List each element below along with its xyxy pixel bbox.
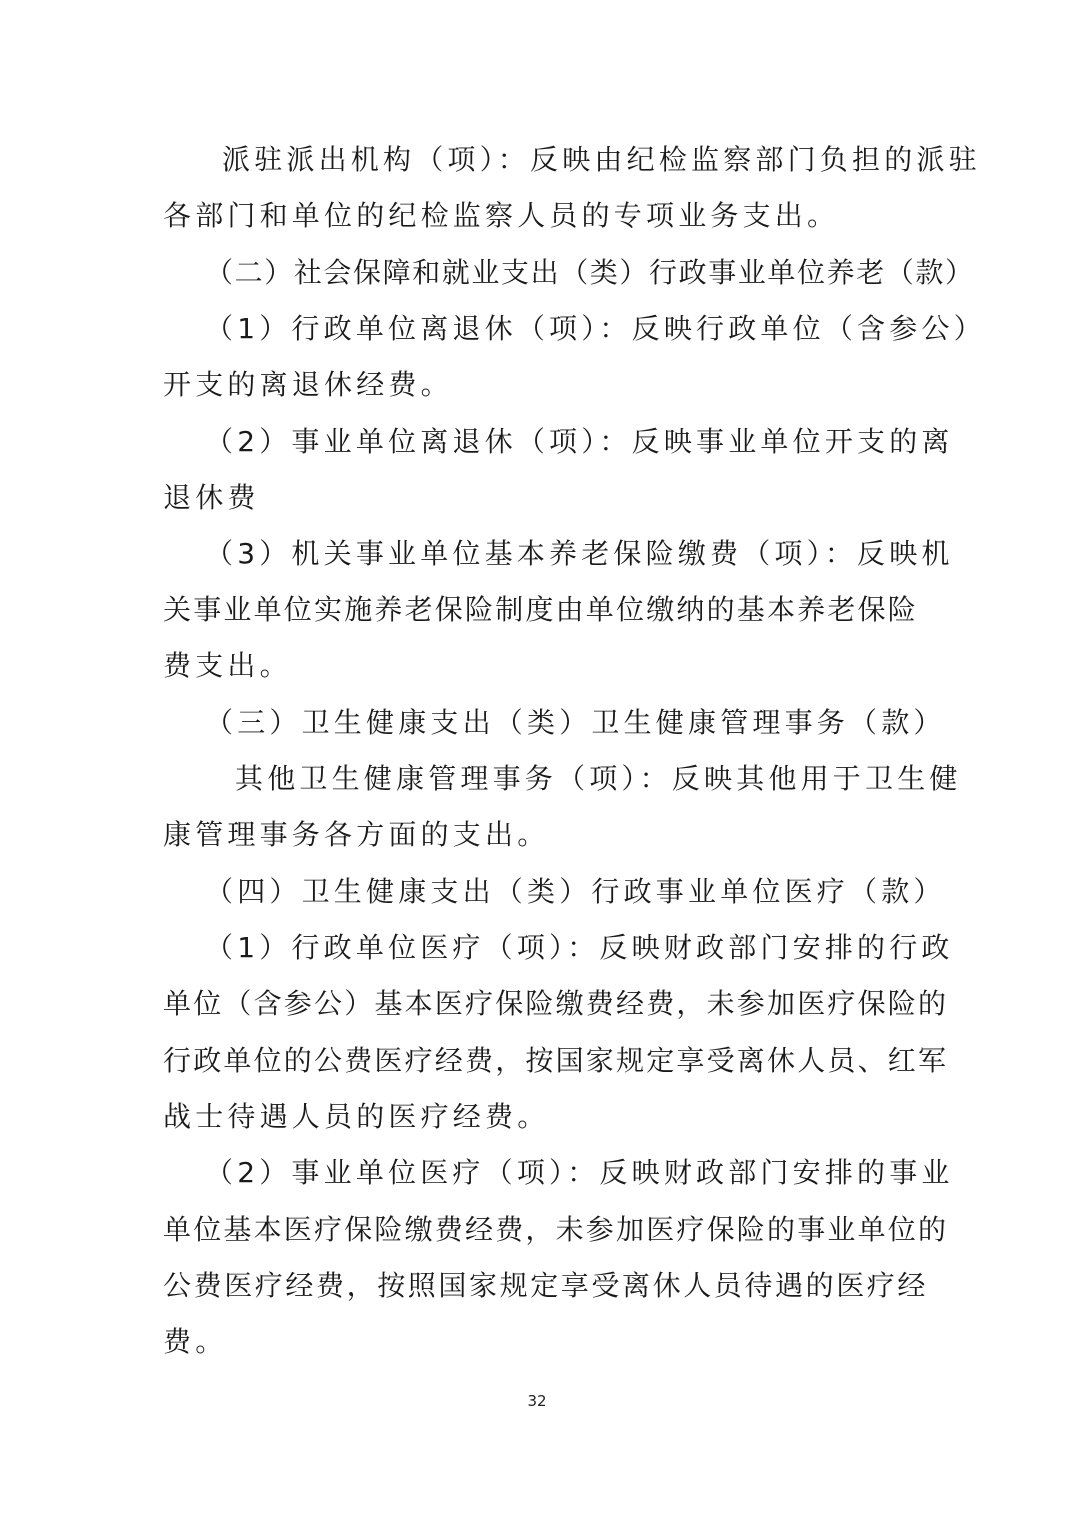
paragraph-line: 康管理事务各方面的支出。 (163, 817, 549, 853)
paragraph-line: 退休费 (163, 480, 260, 516)
paragraph-line: 费支出。 (163, 648, 292, 684)
paragraph-line: 其他卫生健康管理事务（项）：反映其他用于卫生健 (235, 761, 962, 797)
section-heading: （二）社会保障和就业支出（类）行政事业单位养老（款） (205, 255, 975, 291)
section-heading: （四）卫生健康支出（类）行政事业单位医疗（款） (205, 874, 946, 910)
paragraph-line: 单位基本医疗保险缴费经费，未参加医疗保险的事业单位的 (163, 1212, 948, 1248)
paragraph-line: 派驻派出机构（项）：反映由纪检监察部门负担的派驻 (222, 142, 981, 178)
paragraph-line: 行政单位的公费医疗经费，按国家规定享受离休人员、红军 (163, 1043, 948, 1079)
page-number: 32 (0, 1392, 1074, 1410)
paragraph-line: 各部门和单位的纪检监察人员的专项业务支出。 (163, 198, 839, 234)
paragraph-line: 关事业单位实施养老保险制度由单位缴纳的基本养老保险 (163, 592, 918, 628)
paragraph-line: （3）机关事业单位基本养老保险缴费（项）：反映机 (205, 536, 954, 572)
paragraph-line: 费。 (163, 1324, 227, 1360)
paragraph-line: 公费医疗经费，按照国家规定享受离休人员待遇的医疗经 (163, 1268, 928, 1304)
paragraph-line: 开支的离退休经费。 (163, 367, 453, 403)
paragraph-line: （2）事业单位离退休（项）：反映事业单位开支的离 (205, 424, 954, 460)
paragraph-line: （1）行政单位医疗（项）：反映财政部门安排的行政 (205, 930, 954, 966)
paragraph-line: 单位（含参公）基本医疗保险缴费经费，未参加医疗保险的 (163, 986, 948, 1022)
paragraph-line: （2）事业单位医疗（项）：反映财政部门安排的事业 (205, 1155, 954, 1191)
section-heading: （三）卫生健康支出（类）卫生健康管理事务（款） (205, 705, 946, 741)
paragraph-line: 战士待遇人员的医疗经费。 (163, 1099, 549, 1135)
paragraph-line: （1）行政单位离退休（项）：反映行政单位（含参公） (205, 311, 986, 347)
